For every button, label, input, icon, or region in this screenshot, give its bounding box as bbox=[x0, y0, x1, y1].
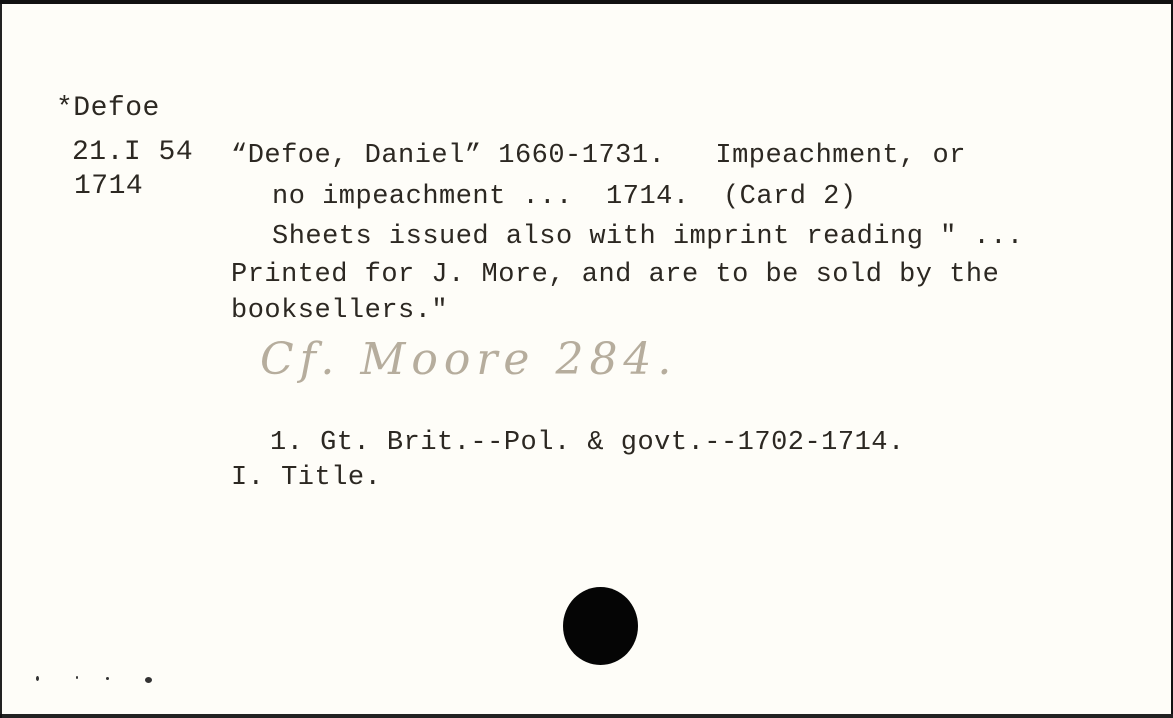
note-line-2: Printed for J. More, and are to be sold … bbox=[231, 260, 999, 290]
handwritten-reference: Cf. Moore 284. bbox=[260, 334, 677, 385]
ink-specks bbox=[32, 674, 162, 688]
main-entry-heading: “Defoe, Daniel” 1660-1731. Impeachment, … bbox=[231, 141, 966, 171]
speck bbox=[36, 676, 39, 681]
punch-hole bbox=[563, 587, 638, 665]
catalog-card: *Defoe 21.I 54 1714 “Defoe, Daniel” 1660… bbox=[0, 4, 1171, 714]
speck bbox=[145, 677, 152, 683]
note-line-3: booksellers." bbox=[231, 296, 448, 326]
speck bbox=[106, 677, 109, 680]
card-bottom-edge bbox=[2, 714, 1173, 718]
call-number-class: 21.I 54 bbox=[72, 138, 193, 168]
title-tracing: I. Title. bbox=[231, 463, 381, 493]
subject-tracing: 1. Gt. Brit.--Pol. & govt.--1702-1714. bbox=[270, 428, 905, 458]
title-continuation: no impeachment ... 1714. (Card 2) bbox=[272, 182, 857, 212]
note-line-1: Sheets issued also with imprint reading … bbox=[272, 222, 1024, 252]
call-number-year: 1714 bbox=[74, 172, 143, 202]
call-number-prefix: *Defoe bbox=[56, 94, 160, 124]
speck bbox=[76, 676, 78, 679]
